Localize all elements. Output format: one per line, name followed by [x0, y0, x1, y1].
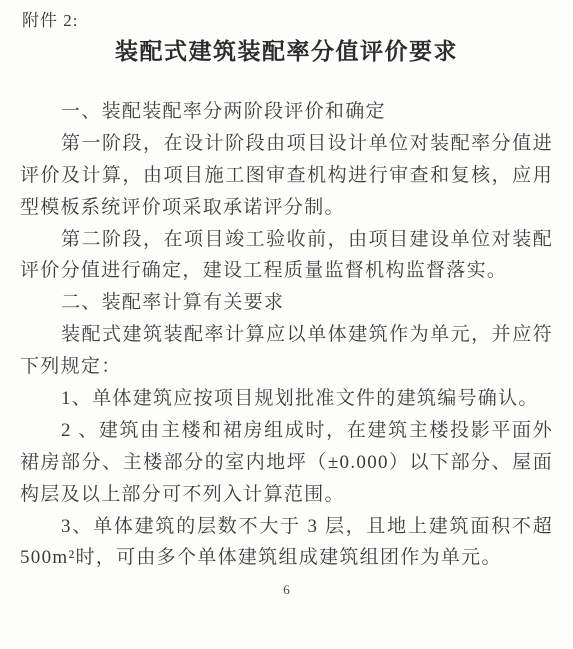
page-title: 装配式建筑装配率分值评价要求	[0, 33, 573, 66]
text-line: 评价分值进行确定，建设工程质量监督机构监督落实。	[20, 255, 553, 287]
text-line: 评价及计算，由项目施工图审查机构进行审查和复核，应用新	[20, 160, 553, 192]
text-line: 3、单体建筑的层数不大于 3 层，且地上建筑面积不超过	[20, 511, 553, 543]
text-line: 第一阶段，在设计阶段由项目设计单位对装配率分值进行	[20, 128, 553, 160]
text-line: 第二阶段，在项目竣工验收前，由项目建设单位对装配率	[20, 224, 553, 256]
text-line: 下列规定：	[20, 351, 553, 383]
text-line: 构层及以上部分可不列入计算范围。	[20, 479, 553, 511]
text-line: 裙房部分、主楼部分的室内地坪（±0.000）以下部分、屋面结	[20, 447, 553, 479]
text-line: 500m²时，可由多个单体建筑组成建筑组团作为单元。	[20, 542, 553, 574]
text-line: 型模板系统评价项采取承诺评分制。	[20, 192, 553, 224]
document-page: 附件 2: 装配式建筑装配率分值评价要求 一、装配装配率分两阶段评价和确定 第一…	[0, 0, 573, 649]
page-number: 6	[0, 582, 573, 598]
text-line: 装配式建筑装配率计算应以单体建筑作为单元，并应符合	[20, 319, 553, 351]
text-line: 二、装配率计算有关要求	[20, 287, 553, 319]
document-body: 一、装配装配率分两阶段评价和确定 第一阶段，在设计阶段由项目设计单位对装配率分值…	[20, 96, 553, 574]
text-line: 2 、建筑由主楼和裙房组成时，在建筑主楼投影平面外的	[20, 415, 553, 447]
attachment-label: 附件 2:	[22, 6, 78, 31]
text-line: 一、装配装配率分两阶段评价和确定	[20, 96, 553, 128]
text-line: 1、单体建筑应按项目规划批准文件的建筑编号确认。	[20, 383, 553, 415]
